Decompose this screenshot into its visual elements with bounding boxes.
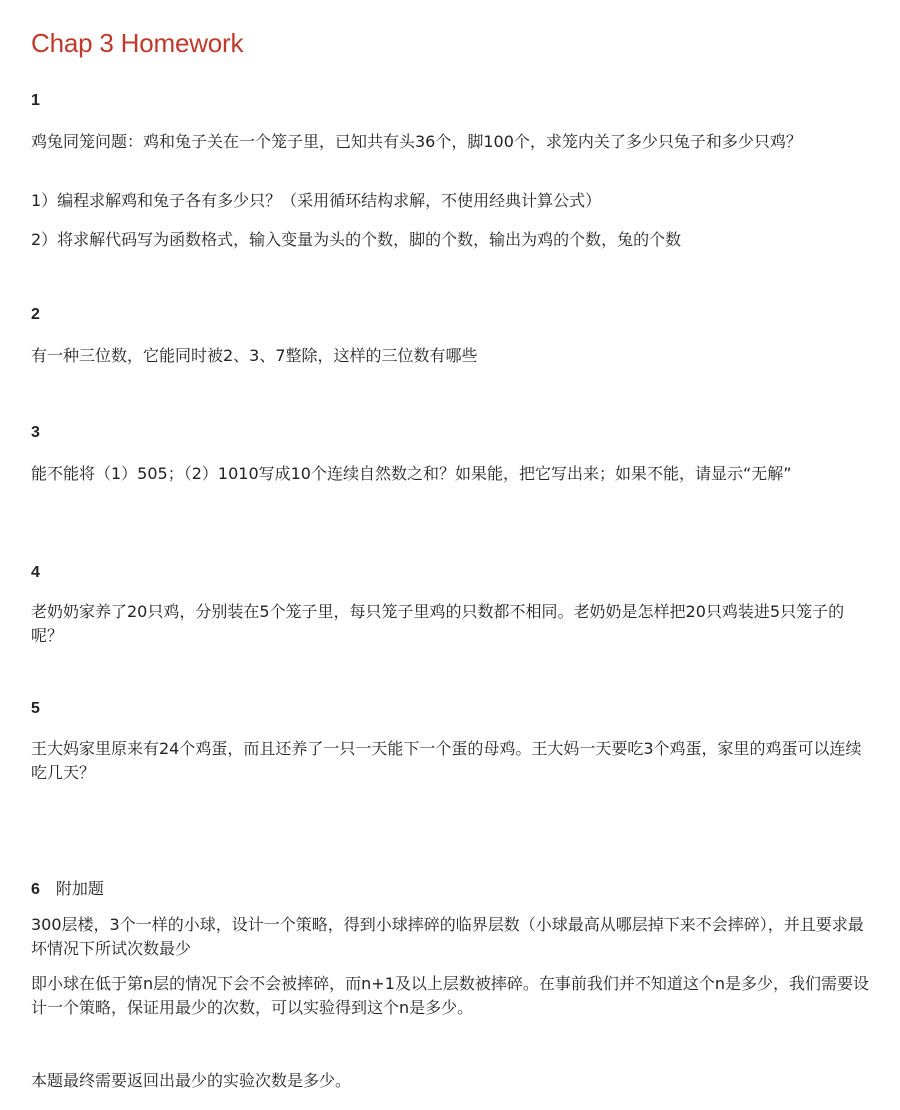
section-6-question: 300层楼，3个一样的小球，设计一个策略，得到小球摔碎的临界层数（小球最高从哪层…	[31, 913, 876, 961]
page-title: Chap 3 Homework	[31, 28, 243, 59]
section-6-number: 6	[31, 881, 40, 898]
section-number-6: 6附加题	[31, 876, 104, 899]
section-1-task-2: 2）将求解代码写为函数格式，输入变量为头的个数，脚的个数，输出为鸡的个数，兔的个…	[31, 228, 876, 252]
section-number-5: 5	[31, 700, 40, 718]
section-1-task-1: 1）编程求解鸡和兔子各有多少只？（采用循环结构求解，不使用经典计算公式）	[31, 189, 876, 213]
section-5-question: 王大妈家里原来有24个鸡蛋，而且还养了一只一天能下一个蛋的母鸡。王大妈一天要吃3…	[31, 737, 876, 785]
section-3-question: 能不能将（1）505；（2）1010写成10个连续自然数之和？如果能，把它写出来…	[31, 462, 876, 486]
section-6-label: 附加题	[56, 879, 104, 898]
section-2-question: 有一种三位数，它能同时被2、3、7整除，这样的三位数有哪些	[31, 344, 876, 368]
section-number-1: 1	[31, 92, 40, 110]
section-6-requirement: 本题最终需要返回出最少的实验次数是多少。	[31, 1069, 876, 1093]
section-number-2: 2	[31, 306, 40, 324]
section-6-explanation: 即小球在低于第n层的情况下会不会被摔碎，而n+1及以上层数被摔碎。在事前我们并不…	[31, 972, 876, 1020]
section-4-question: 老奶奶家养了20只鸡，分别装在5个笼子里，每只笼子里鸡的只数都不相同。老奶奶是怎…	[31, 600, 876, 648]
section-number-3: 3	[31, 424, 40, 442]
section-1-question: 鸡兔同笼问题：鸡和兔子关在一个笼子里，已知共有头36个，脚100个，求笼内关了多…	[31, 130, 876, 154]
section-number-4: 4	[31, 564, 40, 582]
